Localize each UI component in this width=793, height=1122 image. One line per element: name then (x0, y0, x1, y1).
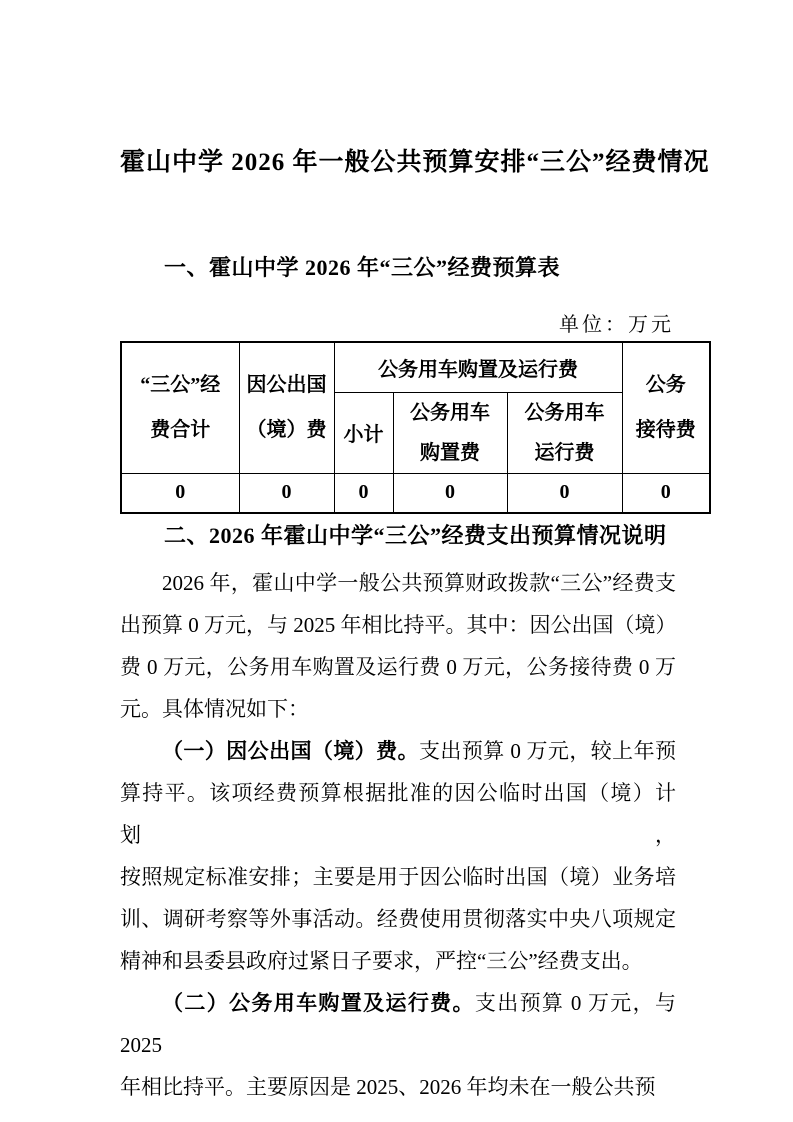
document-page: 霍山中学 2026 年一般公共预算安排“三公”经费情况 一、霍山中学 2026 … (0, 0, 793, 1122)
text-line: 按照规定标准安排；主要是用于因公临时出国（境）业务培 (120, 856, 676, 898)
value-vehicle-purchase: 0 (393, 473, 507, 513)
table-data-row: 0 0 0 0 0 0 (121, 473, 710, 513)
section1-heading: 一、霍山中学 2026 年“三公”经费预算表 (120, 253, 676, 282)
body-text: 2026 年，霍山中学一般公共预算财政拨款“三公”经费支 出预算 0 万元，与 … (120, 562, 676, 1108)
header-vehicle-operation: 公务用车 运行费 (507, 392, 622, 473)
header-vehicle-purchase: 公务用车 购置费 (393, 392, 507, 473)
paragraph-1: 2026 年，霍山中学一般公共预算财政拨款“三公”经费支 出预算 0 万元，与 … (120, 562, 676, 730)
value-reception: 0 (622, 473, 710, 513)
header-reception-line2: 接待费 (623, 408, 710, 453)
text-line: 年相比持平。主要原因是 2025、2026 年均未在一般公共预 (120, 1066, 676, 1108)
document-title: 霍山中学 2026 年一般公共预算安排“三公”经费情况 (120, 0, 676, 179)
paragraph-2-lead: （一）因公出国（境）费。 (162, 739, 419, 763)
text-line: （二）公务用车购置及运行费。支出预算 0 万元，与 2025 (120, 982, 676, 1066)
text-line: 元。具体情况如下： (120, 688, 676, 730)
value-abroad-fee: 0 (239, 473, 334, 513)
paragraph-3-lead: （二）公务用车购置及运行费。 (162, 991, 475, 1015)
text-line: 精神和县委县政府过紧日子要求，严控“三公”经费支出。 (120, 940, 676, 982)
header-reception-line1: 公务 (623, 363, 710, 408)
text-line: （一）因公出国（境）费。支出预算 0 万元，较上年预 (120, 730, 676, 772)
header-total-line2: 费合计 (122, 408, 239, 453)
header-vehicle-group: 公务用车购置及运行费 (334, 342, 622, 392)
paragraph-3: （二）公务用车购置及运行费。支出预算 0 万元，与 2025 年相比持平。主要原… (120, 982, 676, 1108)
value-vehicle-operation: 0 (507, 473, 622, 513)
paragraph-2-rest: 支出预算 0 万元，较上年预 (419, 739, 676, 763)
header-subtotal: 小计 (334, 392, 393, 473)
text-line: 费 0 万元，公务用车购置及运行费 0 万元，公务接待费 0 万 (120, 646, 676, 688)
unit-note: 单位：万元 (120, 312, 676, 338)
budget-table: “三公”经 费合计 因公出国 （境）费 公务用车购置及运行费 公务 接待费 小计… (120, 341, 711, 514)
value-total: 0 (121, 473, 239, 513)
header-total-line1: “三公”经 (122, 363, 239, 408)
paragraph-2: （一）因公出国（境）费。支出预算 0 万元，较上年预 算持平。该项经费预算根据批… (120, 730, 676, 982)
header-abroad-line2: （境）费 (240, 408, 334, 453)
header-purchase-line1: 公务用车 (394, 393, 507, 433)
text-line: 出预算 0 万元，与 2025 年相比持平。其中：因公出国（境） (120, 604, 676, 646)
header-abroad-fee: 因公出国 （境）费 (239, 342, 334, 473)
header-reception: 公务 接待费 (622, 342, 710, 473)
header-operation-line2: 运行费 (508, 433, 622, 473)
value-subtotal: 0 (334, 473, 393, 513)
text-line: 训、调研考察等外事活动。经费使用贯彻落实中央八项规定 (120, 898, 676, 940)
header-total: “三公”经 费合计 (121, 342, 239, 473)
header-purchase-line2: 购置费 (394, 433, 507, 473)
section2-heading: 二、2026 年霍山中学“三公”经费支出预算情况说明 (120, 521, 676, 550)
header-operation-line1: 公务用车 (508, 393, 622, 433)
header-abroad-line1: 因公出国 (240, 363, 334, 408)
text-line: 算持平。该项经费预算根据批准的因公临时出国（境）计划， (120, 772, 676, 856)
text-line: 2026 年，霍山中学一般公共预算财政拨款“三公”经费支 (120, 562, 676, 604)
